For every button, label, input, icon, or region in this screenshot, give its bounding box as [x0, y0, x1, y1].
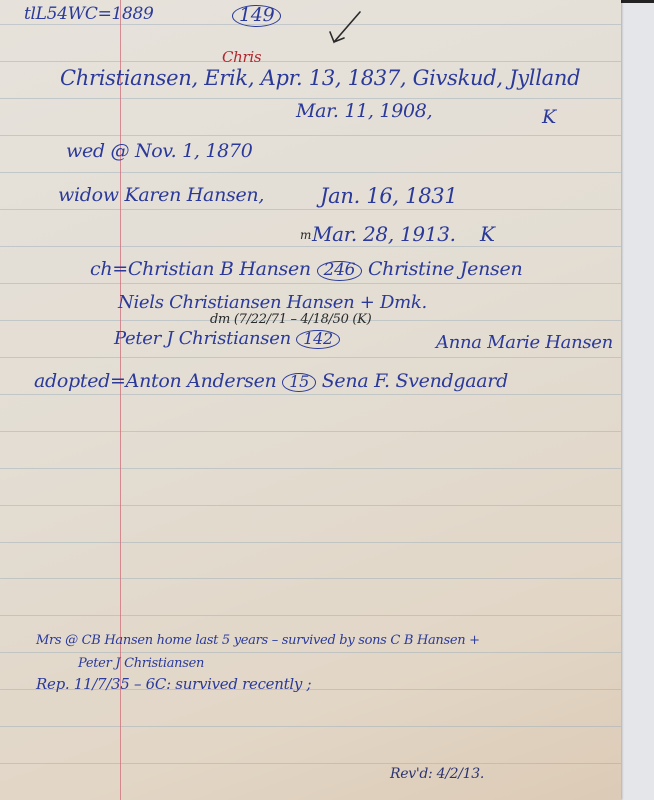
ruled-line — [0, 726, 621, 727]
surname-given-name: Christiansen, Erik — [60, 66, 248, 90]
ruled-line — [0, 246, 621, 247]
nickname-annotation: Chris — [222, 48, 261, 66]
entry-line-1: Christiansen, Erik, Apr. 13, 1837, Givsk… — [60, 66, 580, 90]
ruled-line — [0, 394, 621, 395]
child-row: Niels Christiansen Hansen + Dmk. — [118, 292, 427, 313]
record-number: 149 — [232, 5, 281, 27]
death-date: Mar. 11, 1908, — [296, 100, 432, 122]
birth-info: , Apr. 13, 1837, Givskud, Jylland — [248, 66, 580, 90]
ruled-line — [0, 357, 621, 358]
child-record-number: 15 — [282, 373, 316, 392]
child-row: adopted=Anton Andersen 15 Sena F. Svendg… — [34, 370, 508, 392]
spouse-birth: Jan. 16, 1831 — [320, 184, 457, 208]
scanner-edge — [621, 0, 654, 3]
child-record-number: 246 — [317, 261, 363, 281]
ruled-line — [0, 283, 621, 284]
child-row: ch=Christian B Hansen 246 Christine Jens… — [90, 258, 522, 281]
ruled-line — [0, 763, 621, 764]
ruled-line — [0, 24, 621, 25]
reference-code: tlL54WC=1889 — [24, 4, 154, 24]
child-dates-prefix: dm — [210, 312, 230, 327]
child-name: Anton Andersen — [126, 370, 277, 392]
child-name: Niels Christiansen Hansen + Dmk. — [118, 292, 427, 313]
child-spouse: Sena F. Svendgaard — [322, 370, 508, 392]
record-number-badge: 149 — [232, 4, 281, 27]
spouse-death-mark: K — [480, 222, 495, 246]
adopted-prefix: adopted= — [34, 370, 126, 392]
child-record-number: 142 — [296, 330, 340, 349]
child-dates: dm (7/22/71 – 4/18/50 (K) — [210, 312, 371, 327]
children-prefix: ch= — [90, 258, 128, 280]
note-line-2: Peter J Christiansen — [78, 656, 204, 671]
spouse-death: Mar. 28, 1913. — [312, 222, 456, 246]
wedding-date: wed @ Nov. 1, 1870 — [66, 140, 253, 162]
note-line-1: Mrs @ CB Hansen home last 5 years – surv… — [36, 633, 480, 648]
ruled-line — [0, 652, 621, 653]
reviewed-date: Rev'd: 4/2/13. — [390, 766, 484, 782]
ruled-line — [0, 135, 621, 136]
ruled-line — [0, 98, 621, 99]
ruled-line — [0, 505, 621, 506]
ruled-line — [0, 172, 621, 173]
death-mark: K — [542, 106, 556, 128]
checkmark-icon — [326, 8, 362, 46]
child-life-dates: (7/22/71 – 4/18/50 (K) — [234, 312, 371, 327]
ruled-line — [0, 61, 621, 62]
ruled-paper-page: tlL54WC=1889 149 Chris Christiansen, Eri… — [0, 0, 621, 800]
ruled-line — [0, 209, 621, 210]
child-name: Christian B Hansen — [128, 258, 311, 280]
child-spouse: Anna Marie Hansen — [436, 332, 613, 353]
ruled-line — [0, 468, 621, 469]
child-name: Peter J Christiansen — [114, 328, 291, 349]
ruled-line — [0, 615, 621, 616]
child-spouse: Christine Jensen — [368, 258, 522, 280]
spouse-name: widow Karen Hansen, — [58, 184, 264, 206]
spouse-death-prefix: m — [300, 228, 311, 242]
note-line-3: Rep. 11/7/35 – 6C: survived recently ; — [36, 675, 311, 693]
child-row: Peter J Christiansen 142 — [114, 328, 340, 349]
ruled-line — [0, 542, 621, 543]
ruled-line — [0, 431, 621, 432]
ruled-line — [0, 578, 621, 579]
